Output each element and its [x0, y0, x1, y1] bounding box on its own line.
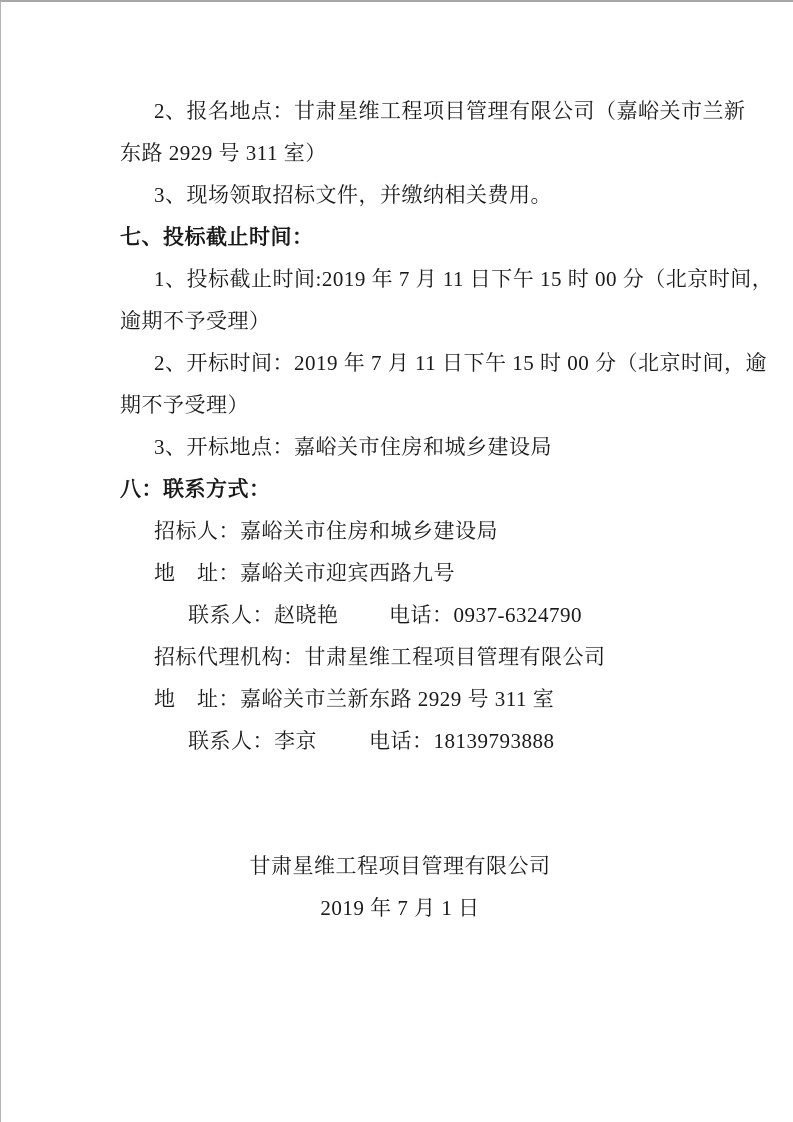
agency-address-line: 地 址：嘉峪关市兰新东路 2929 号 311 室	[120, 678, 680, 720]
tenderer-phone: 电话：0937-6324790	[389, 603, 582, 627]
collect-documents-line: 3、现场领取招标文件，并缴纳相关费用。	[120, 174, 680, 216]
tenderer-line: 招标人：嘉峪关市住房和城乡建设局	[120, 510, 680, 552]
registration-location-line2: 东路 2929 号 311 室）	[120, 132, 680, 174]
bid-deadline-line1: 1、投标截止时间:2019 年 7 月 11 日下午 15 时 00 分（北京时…	[120, 258, 680, 300]
registration-location-line1: 2、报名地点：甘肃星维工程项目管理有限公司（嘉峪关市兰新	[120, 90, 680, 132]
section-seven-heading: 七、投标截止时间：	[120, 216, 680, 258]
agency-contact-name: 联系人：李京	[154, 720, 369, 762]
signature-block: 甘肃星维工程项目管理有限公司 2019 年 7 月 1 日	[120, 845, 680, 929]
document-body: 2、报名地点：甘肃星维工程项目管理有限公司（嘉峪关市兰新 东路 2929 号 3…	[120, 90, 680, 929]
agency-line: 招标代理机构：甘肃星维工程项目管理有限公司	[120, 636, 680, 678]
bid-deadline-line2: 逾期不予受理）	[120, 300, 680, 342]
bid-opening-place-line: 3、开标地点：嘉峪关市住房和城乡建设局	[120, 426, 680, 468]
section-eight-heading: 八：联系方式：	[120, 468, 680, 510]
document-page: { "colors": { "text": "#1a1a1a", "page_b…	[0, 0, 793, 1122]
tenderer-address-line: 地 址：嘉峪关市迎宾西路九号	[120, 552, 680, 594]
agency-phone: 电话：18139793888	[369, 729, 555, 753]
bid-opening-time-line1: 2、开标时间：2019 年 7 月 11 日下午 15 时 00 分（北京时间，…	[120, 342, 680, 384]
tenderer-contact-row: 联系人：赵晓艳电话：0937-6324790	[120, 594, 680, 636]
bid-opening-time-line2: 期不予受理）	[120, 384, 680, 426]
signature-company: 甘肃星维工程项目管理有限公司	[120, 845, 680, 887]
signature-date: 2019 年 7 月 1 日	[120, 887, 680, 929]
agency-contact-row: 联系人：李京电话：18139793888	[120, 720, 680, 762]
tenderer-contact-name: 联系人：赵晓艳	[154, 594, 389, 636]
